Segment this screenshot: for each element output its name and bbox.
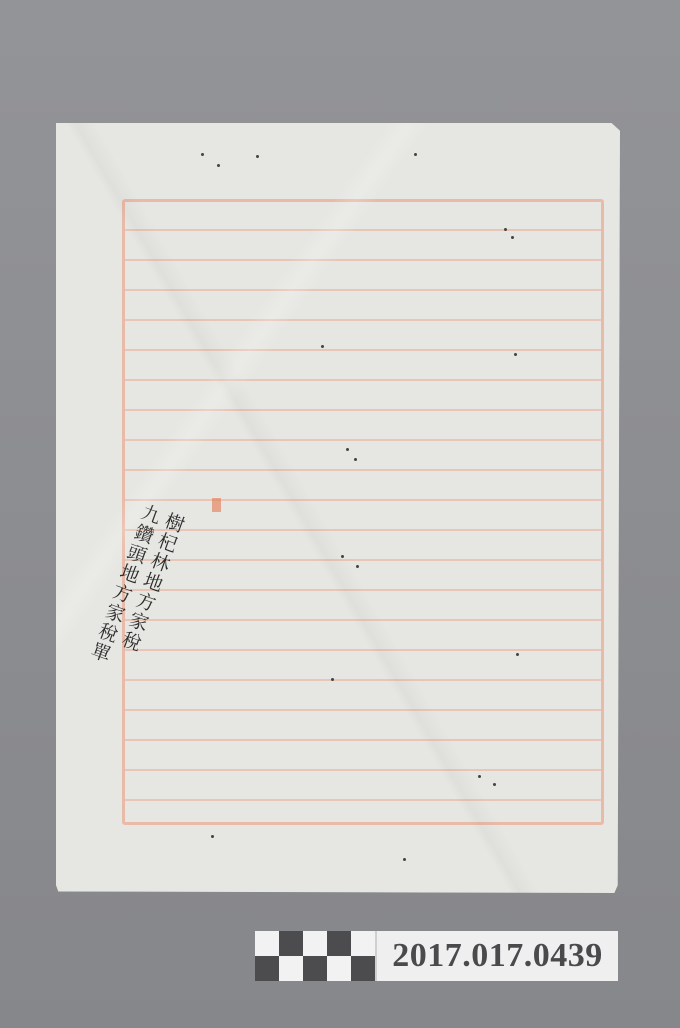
document-sheet: 樹杞林地方家稅 九鑽頭地方家稅單	[56, 123, 620, 893]
ruled-line	[125, 589, 601, 591]
ink-speck	[403, 858, 406, 861]
ruled-line	[125, 289, 601, 291]
ruled-line	[125, 409, 601, 411]
ruled-line	[125, 619, 601, 621]
ink-speck	[354, 458, 357, 461]
ruled-line	[125, 799, 601, 801]
ruled-line	[125, 769, 601, 771]
ink-speck	[331, 678, 334, 681]
red-ruled-frame	[122, 199, 604, 825]
ruled-line	[125, 349, 601, 351]
ruled-line	[125, 649, 601, 651]
ruled-line	[125, 559, 601, 561]
accession-number: 2017.017.0439	[392, 937, 603, 975]
ink-speck	[217, 164, 220, 167]
ink-speck	[414, 153, 417, 156]
ruled-line	[125, 229, 601, 231]
ruled-line	[125, 439, 601, 441]
ink-speck	[514, 353, 517, 356]
ink-speck	[321, 345, 324, 348]
red-seal-mark	[212, 498, 221, 512]
ink-speck	[346, 448, 349, 451]
ink-speck	[493, 783, 496, 786]
ink-speck	[356, 565, 359, 568]
ink-speck	[478, 775, 481, 778]
ruled-line	[125, 679, 601, 681]
ink-speck	[511, 236, 514, 239]
ink-speck	[211, 835, 214, 838]
ruled-line	[125, 379, 601, 381]
ink-speck	[504, 228, 507, 231]
color-scale-checker	[255, 931, 375, 981]
ruled-line	[125, 259, 601, 261]
accession-label: 2017.017.0439	[255, 931, 618, 981]
ruled-line	[125, 529, 601, 531]
ink-speck	[341, 555, 344, 558]
handwritten-inscription: 樹杞林地方家稅 九鑽頭地方家稅單	[87, 501, 186, 674]
ruled-line	[125, 499, 601, 501]
ruled-line	[125, 739, 601, 741]
ruled-line	[125, 469, 601, 471]
inscription-column-1: 樹杞林地方家稅	[110, 510, 185, 674]
ruled-line	[125, 709, 601, 711]
ink-speck	[516, 653, 519, 656]
accession-number-box: 2017.017.0439	[375, 931, 618, 981]
ink-speck	[256, 155, 259, 158]
inscription-column-2: 九鑽頭地方家稅單	[87, 501, 162, 665]
ink-speck	[201, 153, 204, 156]
ruled-line	[125, 319, 601, 321]
